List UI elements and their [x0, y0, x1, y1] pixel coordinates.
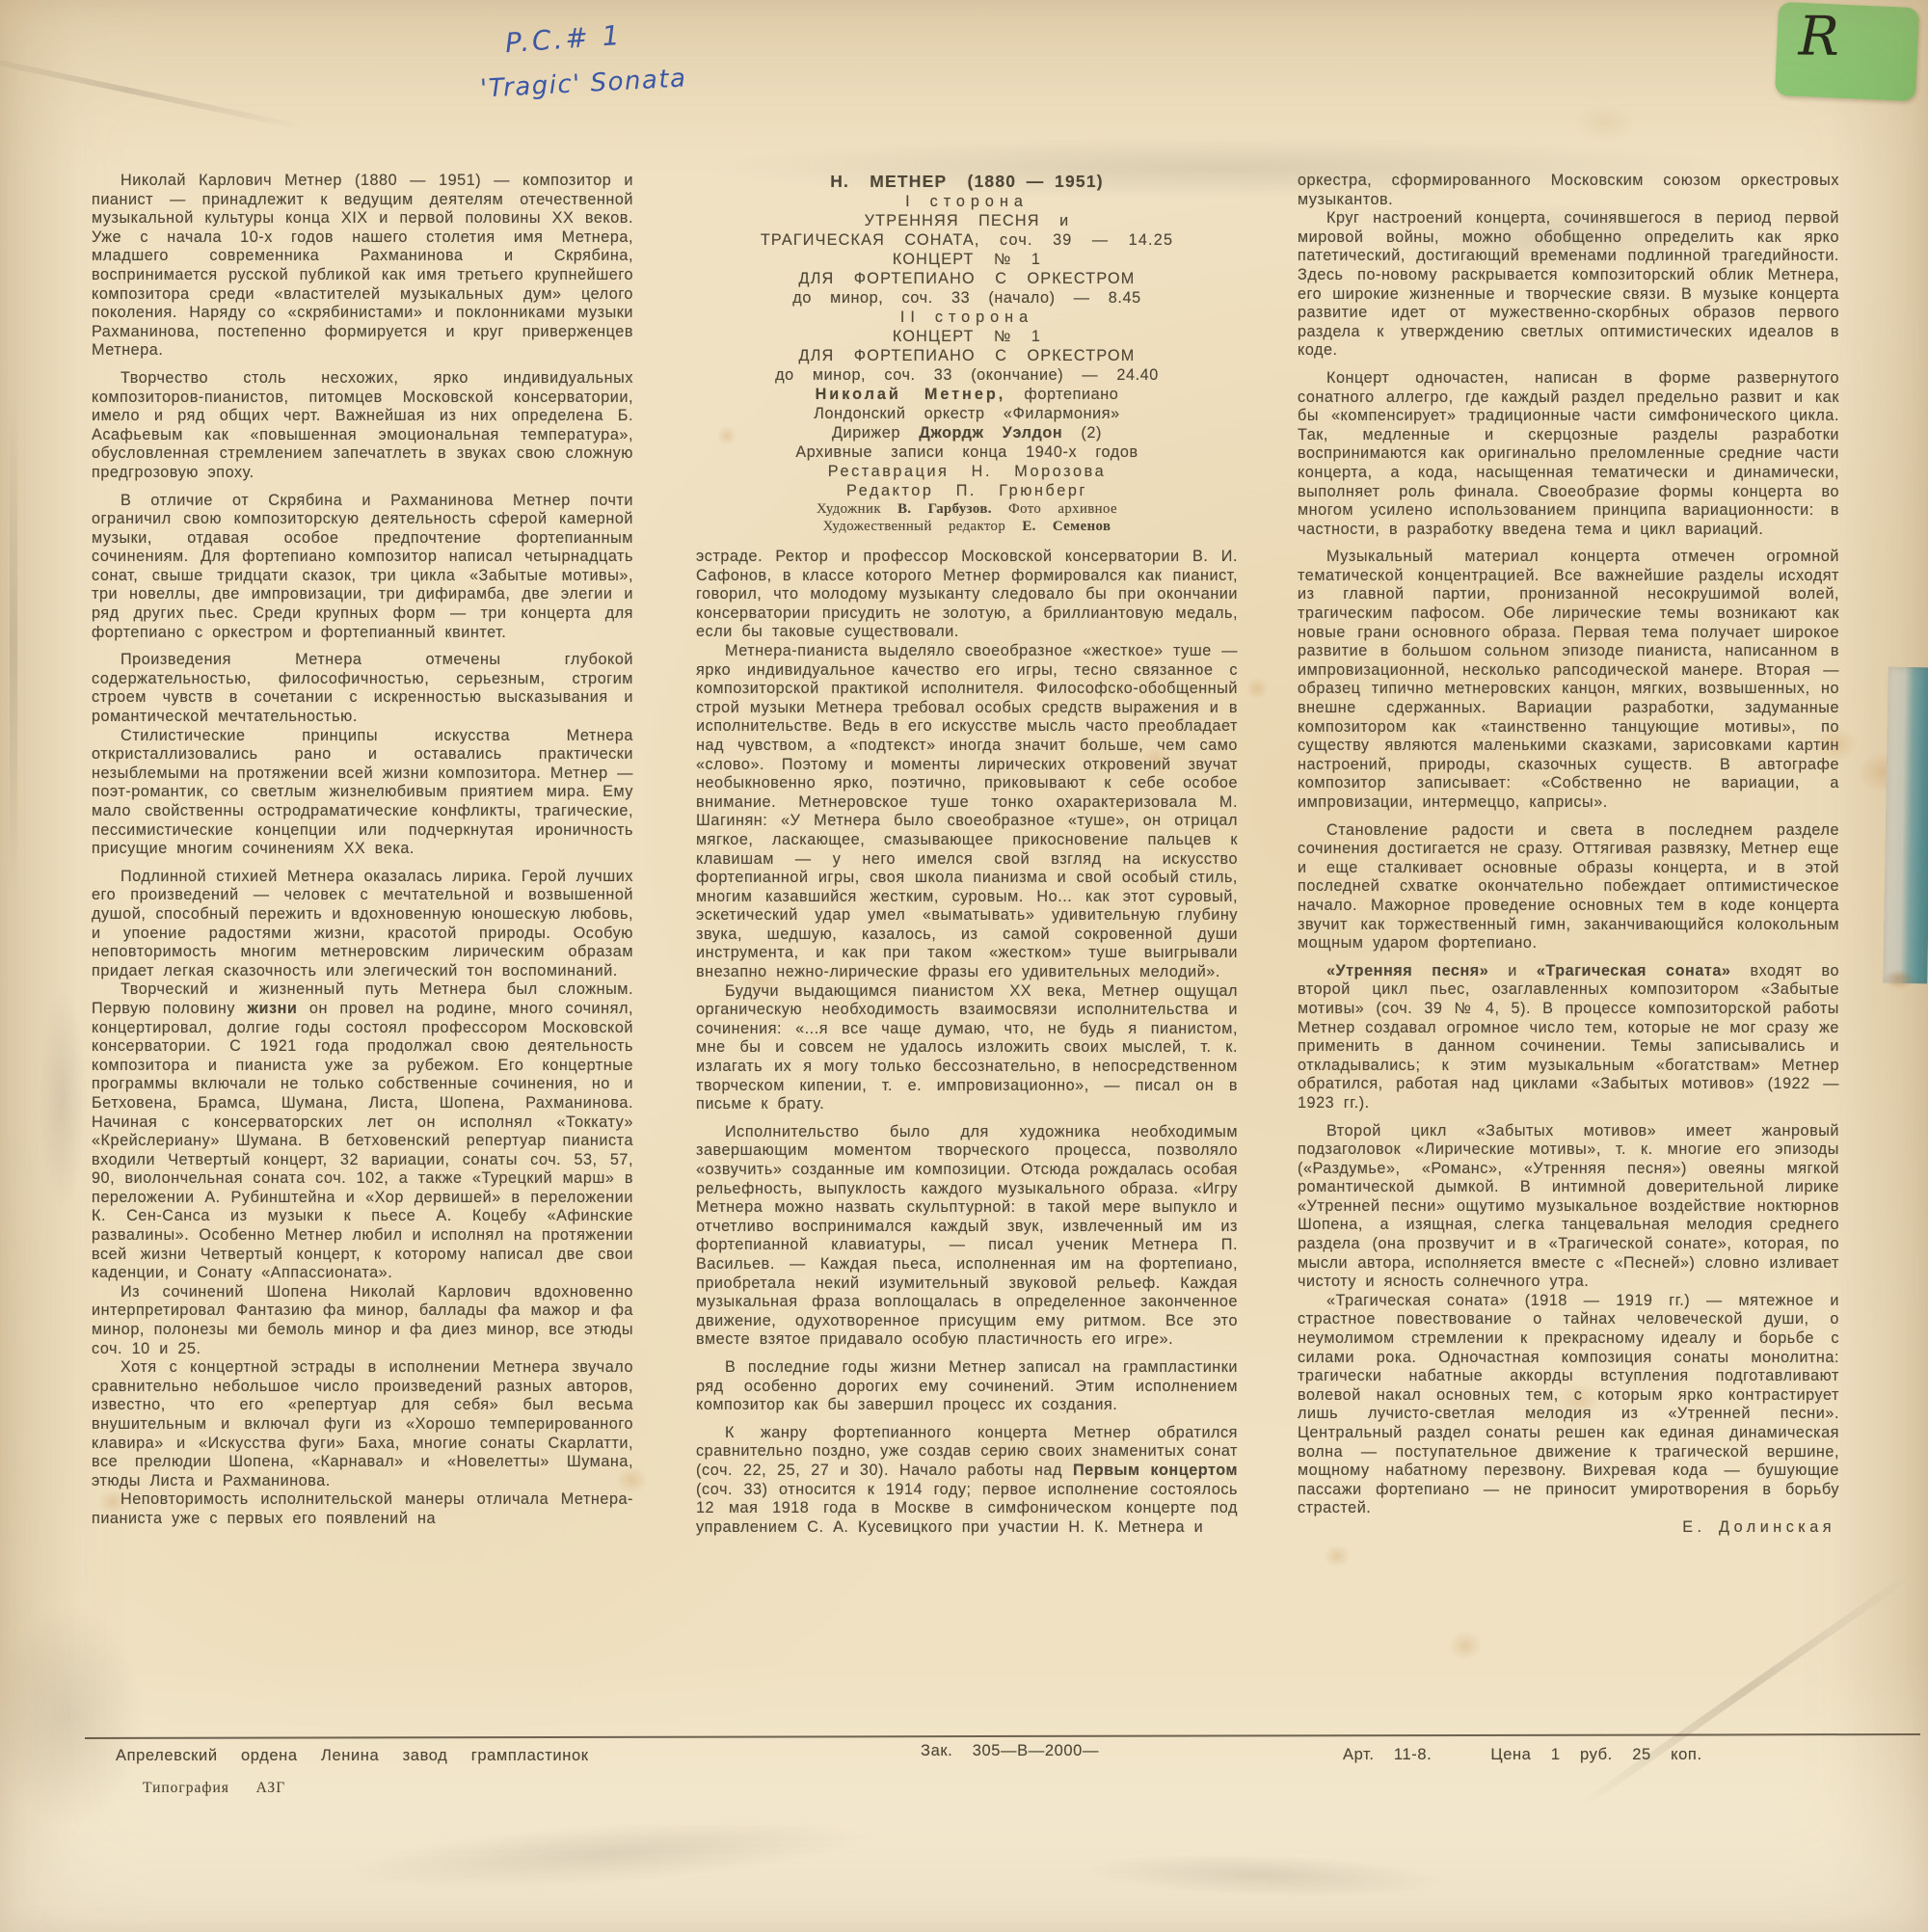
stain: [1319, 1541, 1355, 1571]
paragraph: В последние годы жизни Метнер записал на…: [696, 1358, 1238, 1415]
stain: [1562, 96, 1648, 149]
handwritten-note-line2: 'Tragic' Sonata: [479, 64, 687, 103]
paragraph: Неповторимость исполнительской манеры от…: [92, 1490, 633, 1528]
paragraph: Будучи выдающимся пианистом XX века, Мет…: [696, 982, 1238, 1114]
header-line: до минор, соч. 33 (окончание) — 24.40: [696, 365, 1238, 385]
paragraph: Произведения Метнера отмечены глубокой с…: [92, 651, 633, 726]
header-line: Н. МЕТНЕР (1880 — 1951): [696, 172, 1238, 192]
paragraph: Второй цикл «Забытых мотивов» имеет жанр…: [1298, 1122, 1839, 1292]
column-right-body: оркестра, сформированного Московским сою…: [1298, 172, 1839, 1518]
crease: [0, 49, 305, 131]
crease: [1577, 1571, 1914, 1810]
paragraph: Метнера-пианиста выделяло своеобразное «…: [696, 642, 1238, 982]
paragraph: Становление радости и света в последнем …: [1298, 821, 1839, 953]
column-center: Н. МЕТНЕР (1880 — 1951)I сторонаУТРЕННЯЯ…: [696, 172, 1238, 1537]
paragraph: Творчество столь несхожих, ярко индивиду…: [92, 369, 633, 483]
header-line: ТРАГИЧЕСКАЯ СОНАТА, соч. 39 — 14.25: [696, 230, 1238, 250]
footer-plant: Апрелевский ордена Ленина завод грамплас…: [116, 1747, 589, 1765]
stain: [29, 945, 96, 1253]
footer-rule: [85, 1733, 1920, 1739]
header-line: Дирижер Джордж Уэлдон (2): [696, 423, 1238, 443]
paragraph: эстраде. Ректор и профессор Московской к…: [696, 548, 1238, 642]
paragraph: Хотя с концертной эстрады в исполнении М…: [92, 1358, 633, 1490]
header-line: Художник В. Гарбузов. Фото архивное: [696, 500, 1238, 518]
paragraph: Николай Карлович Метнер (1880 — 1951) — …: [92, 172, 633, 361]
header-line: ДЛЯ ФОРТЕПИАНО С ОРКЕСТРОМ: [696, 346, 1238, 365]
author-signature: Е. Долинская: [1298, 1518, 1839, 1538]
paragraph: В отличие от Скрябина и Рахманинова Метн…: [92, 492, 633, 643]
header-line: Николай Метнер, фортепиано: [696, 385, 1238, 404]
header-line: КОНЦЕРТ № 1: [696, 327, 1238, 346]
header-line: Художественный редактор Е. Семенов: [696, 518, 1238, 535]
header-line: II сторона: [696, 308, 1238, 327]
paragraph: Круг настроений концерта, сочинявшегося …: [1298, 209, 1839, 361]
header-line: КОНЦЕРТ № 1: [696, 250, 1238, 269]
footer-art-price: Арт. 11-8. Цена 1 руб. 25 коп.: [1343, 1746, 1702, 1764]
footer-printer: Типография АЗГ: [143, 1780, 285, 1797]
paragraph: Исполнительство было для художника необх…: [696, 1123, 1238, 1350]
header-line: Архивные записи конца 1940-х годов: [696, 443, 1238, 462]
paragraph: Творческий и жизненный путь Метнера был …: [92, 980, 633, 1283]
column-center-body: эстраде. Ректор и профессор Московской к…: [696, 548, 1238, 1537]
sticker-letter: R: [1798, 6, 1839, 68]
header-line: Реставрация Н. Морозова: [696, 462, 1238, 481]
stain: [0, 1562, 174, 1870]
header-line: УТРЕННЯЯ ПЕСНЯ и: [696, 211, 1238, 230]
column-right: оркестра, сформированного Московским сою…: [1298, 172, 1839, 1538]
stain: [239, 1787, 976, 1920]
album-header: Н. МЕТНЕР (1880 — 1951)I сторонаУТРЕННЯЯ…: [696, 172, 1238, 535]
handwritten-note-line1: P.C.# 1: [504, 19, 624, 59]
green-sticky-note: R: [1775, 2, 1919, 101]
paragraph: Стилистические принципы искусства Метнер…: [92, 727, 633, 859]
paragraph: Из сочинений Шопена Николай Карлович вдо…: [92, 1283, 633, 1358]
header-line: до минор, соч. 33 (начало) — 8.45: [696, 288, 1238, 308]
stain: [1242, 673, 1272, 704]
paragraph: «Утренняя песня» и «Трагическая соната» …: [1298, 962, 1839, 1114]
tape-strip: [1883, 667, 1928, 984]
paragraph: оркестра, сформированного Московским сою…: [1298, 172, 1839, 209]
column-left: Николай Карлович Метнер (1880 — 1951) — …: [92, 172, 633, 1529]
footer-order-no: Зак. 305—В—2000—: [921, 1742, 1099, 1760]
paragraph: К жанру фортепианного концерта Метнер об…: [696, 1424, 1238, 1538]
paragraph: Подлинной стихией Метнера оказалась лири…: [92, 868, 633, 981]
paragraph: «Трагическая соната» (1918 — 1919 гг.) —…: [1298, 1292, 1839, 1518]
stain: [1442, 1625, 1488, 1666]
header-line: Лондонский оркестр «Филармония»: [696, 404, 1238, 423]
crease: [10, 405, 17, 887]
header-line: Редактор П. Грюнберг: [696, 481, 1238, 500]
paragraph: Концерт одночастен, написан в форме разв…: [1298, 369, 1839, 539]
header-line: ДЛЯ ФОРТЕПИАНО С ОРКЕСТРОМ: [696, 269, 1238, 288]
header-line: I сторона: [696, 192, 1238, 211]
paragraph: Музыкальный материал концерта отмечен ог…: [1298, 548, 1839, 812]
stain: [1011, 1838, 1514, 1913]
